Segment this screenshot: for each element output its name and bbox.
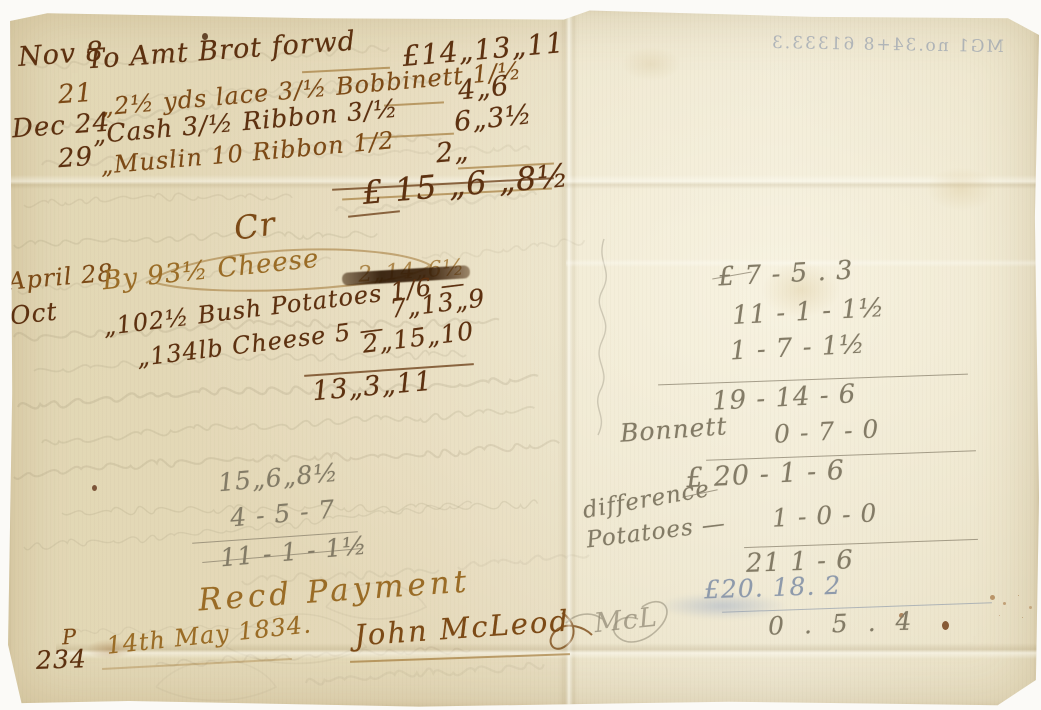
foxing-spots — [990, 595, 995, 600]
pencil-col-line: 1 - 7 - 1½ — [729, 329, 866, 366]
potatoes-amount: 1 - 0 - 0 — [771, 498, 878, 532]
pencil-final-amount: 0 . 5 . 4 — [768, 606, 918, 640]
bonnett-amount: 0 - 7 - 0 — [773, 414, 880, 448]
manuscript-paper: MG1 no.34+8 61333.3 Nov 8 To Amt Brot fo… — [6, 7, 1039, 708]
page-number: 234 — [36, 644, 88, 675]
credit-heading: Cr — [232, 204, 279, 247]
ledger-row-date: 29 — [57, 142, 94, 174]
pencil-signature: McL — [593, 602, 660, 639]
ledger-row-date: 21 — [57, 78, 94, 110]
scanned-ledger-page: MG1 no.34+8 61333.3 Nov 8 To Amt Brot fo… — [0, 0, 1041, 710]
credit-row-date: Oct — [9, 297, 59, 331]
bonnett-label: Bonnett — [619, 411, 728, 447]
mirrored-archive-number: MG1 no.34+8 61333.3 — [770, 33, 1004, 57]
dark-spot — [942, 621, 949, 630]
pencil-col-line: £ 7 - 5 . 3 — [717, 255, 854, 292]
blue-pencil-total: £20. 18. 2 — [704, 571, 842, 605]
stain — [621, 47, 681, 81]
stain — [926, 167, 996, 211]
pencil-col-line: 11 - 1 - 1½ — [731, 293, 885, 331]
pencil-col-sum: 19 - 14 - 6 — [711, 379, 857, 417]
